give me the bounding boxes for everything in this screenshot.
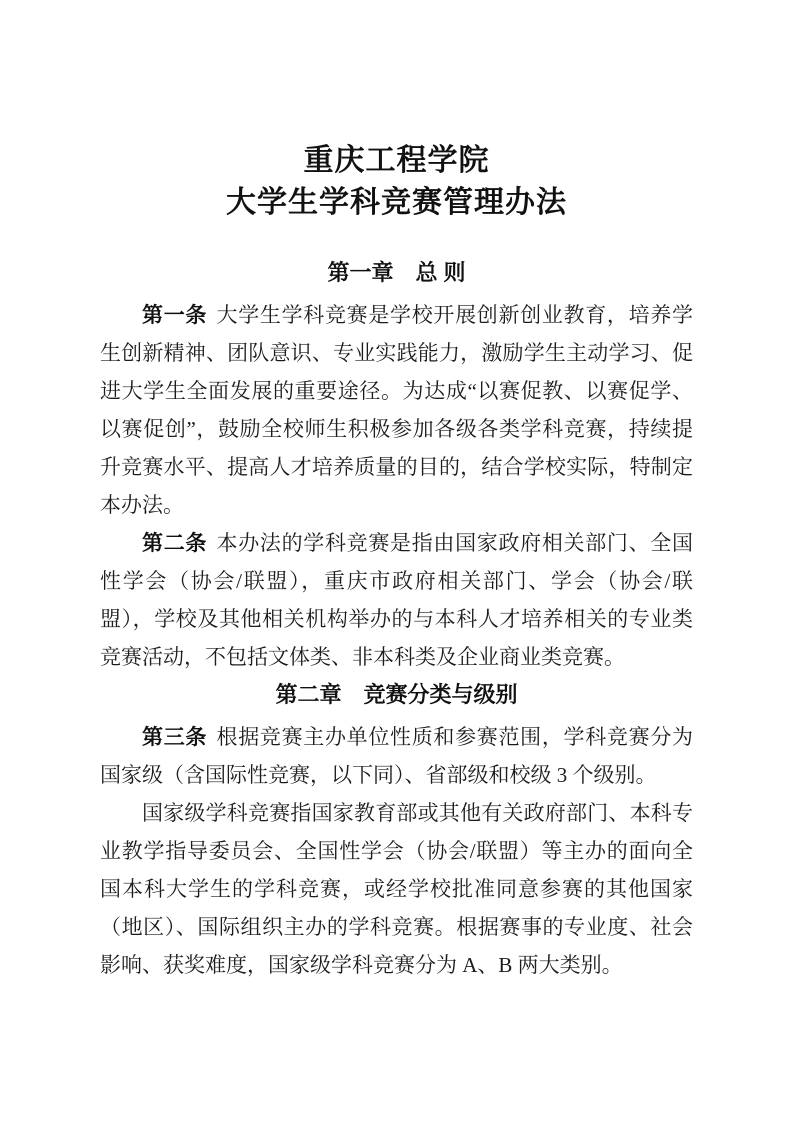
chapter-1-heading: 第一章 总 则 [100,260,693,286]
article-1-text: 大学生学科竞赛是学校开展创新创业教育，培养学生创新精神、团队意识、专业实践能力，… [100,303,693,517]
national-level-detail-text: 国家级学科竞赛指国家教育部或其他有关政府部门、本科专业教学指导委员会、全国性学会… [100,801,693,977]
document-page: 重庆工程学院 大学生学科竞赛管理办法 第一章 总 则 第一条大学生学科竞赛是学校… [0,0,793,1122]
article-2-label: 第二条 [142,531,207,555]
paragraph-article-3: 第三条根据竞赛主办单位性质和参赛范围，学科竞赛分为国家级（含国际性竞赛，以下同）… [100,718,693,794]
paragraph-article-2: 第二条本办法的学科竞赛是指由国家政府相关部门、全国性学会（协会/联盟），重庆市政… [100,524,693,676]
document-title: 重庆工程学院 大学生学科竞赛管理办法 [100,140,693,224]
paragraph-article-1: 第一条大学生学科竞赛是学校开展创新创业教育，培养学生创新精神、团队意识、专业实践… [100,296,693,524]
chapter-2-heading: 第二章 竞赛分类与级别 [100,682,693,708]
document-title-line-1: 重庆工程学院 [100,140,693,182]
paragraph-national-level-detail: 国家级学科竞赛指国家教育部或其他有关政府部门、本科专业教学指导委员会、全国性学会… [100,794,693,984]
article-1-label: 第一条 [142,303,207,327]
document-title-line-2: 大学生学科竞赛管理办法 [100,182,693,224]
article-3-label: 第三条 [142,725,207,749]
